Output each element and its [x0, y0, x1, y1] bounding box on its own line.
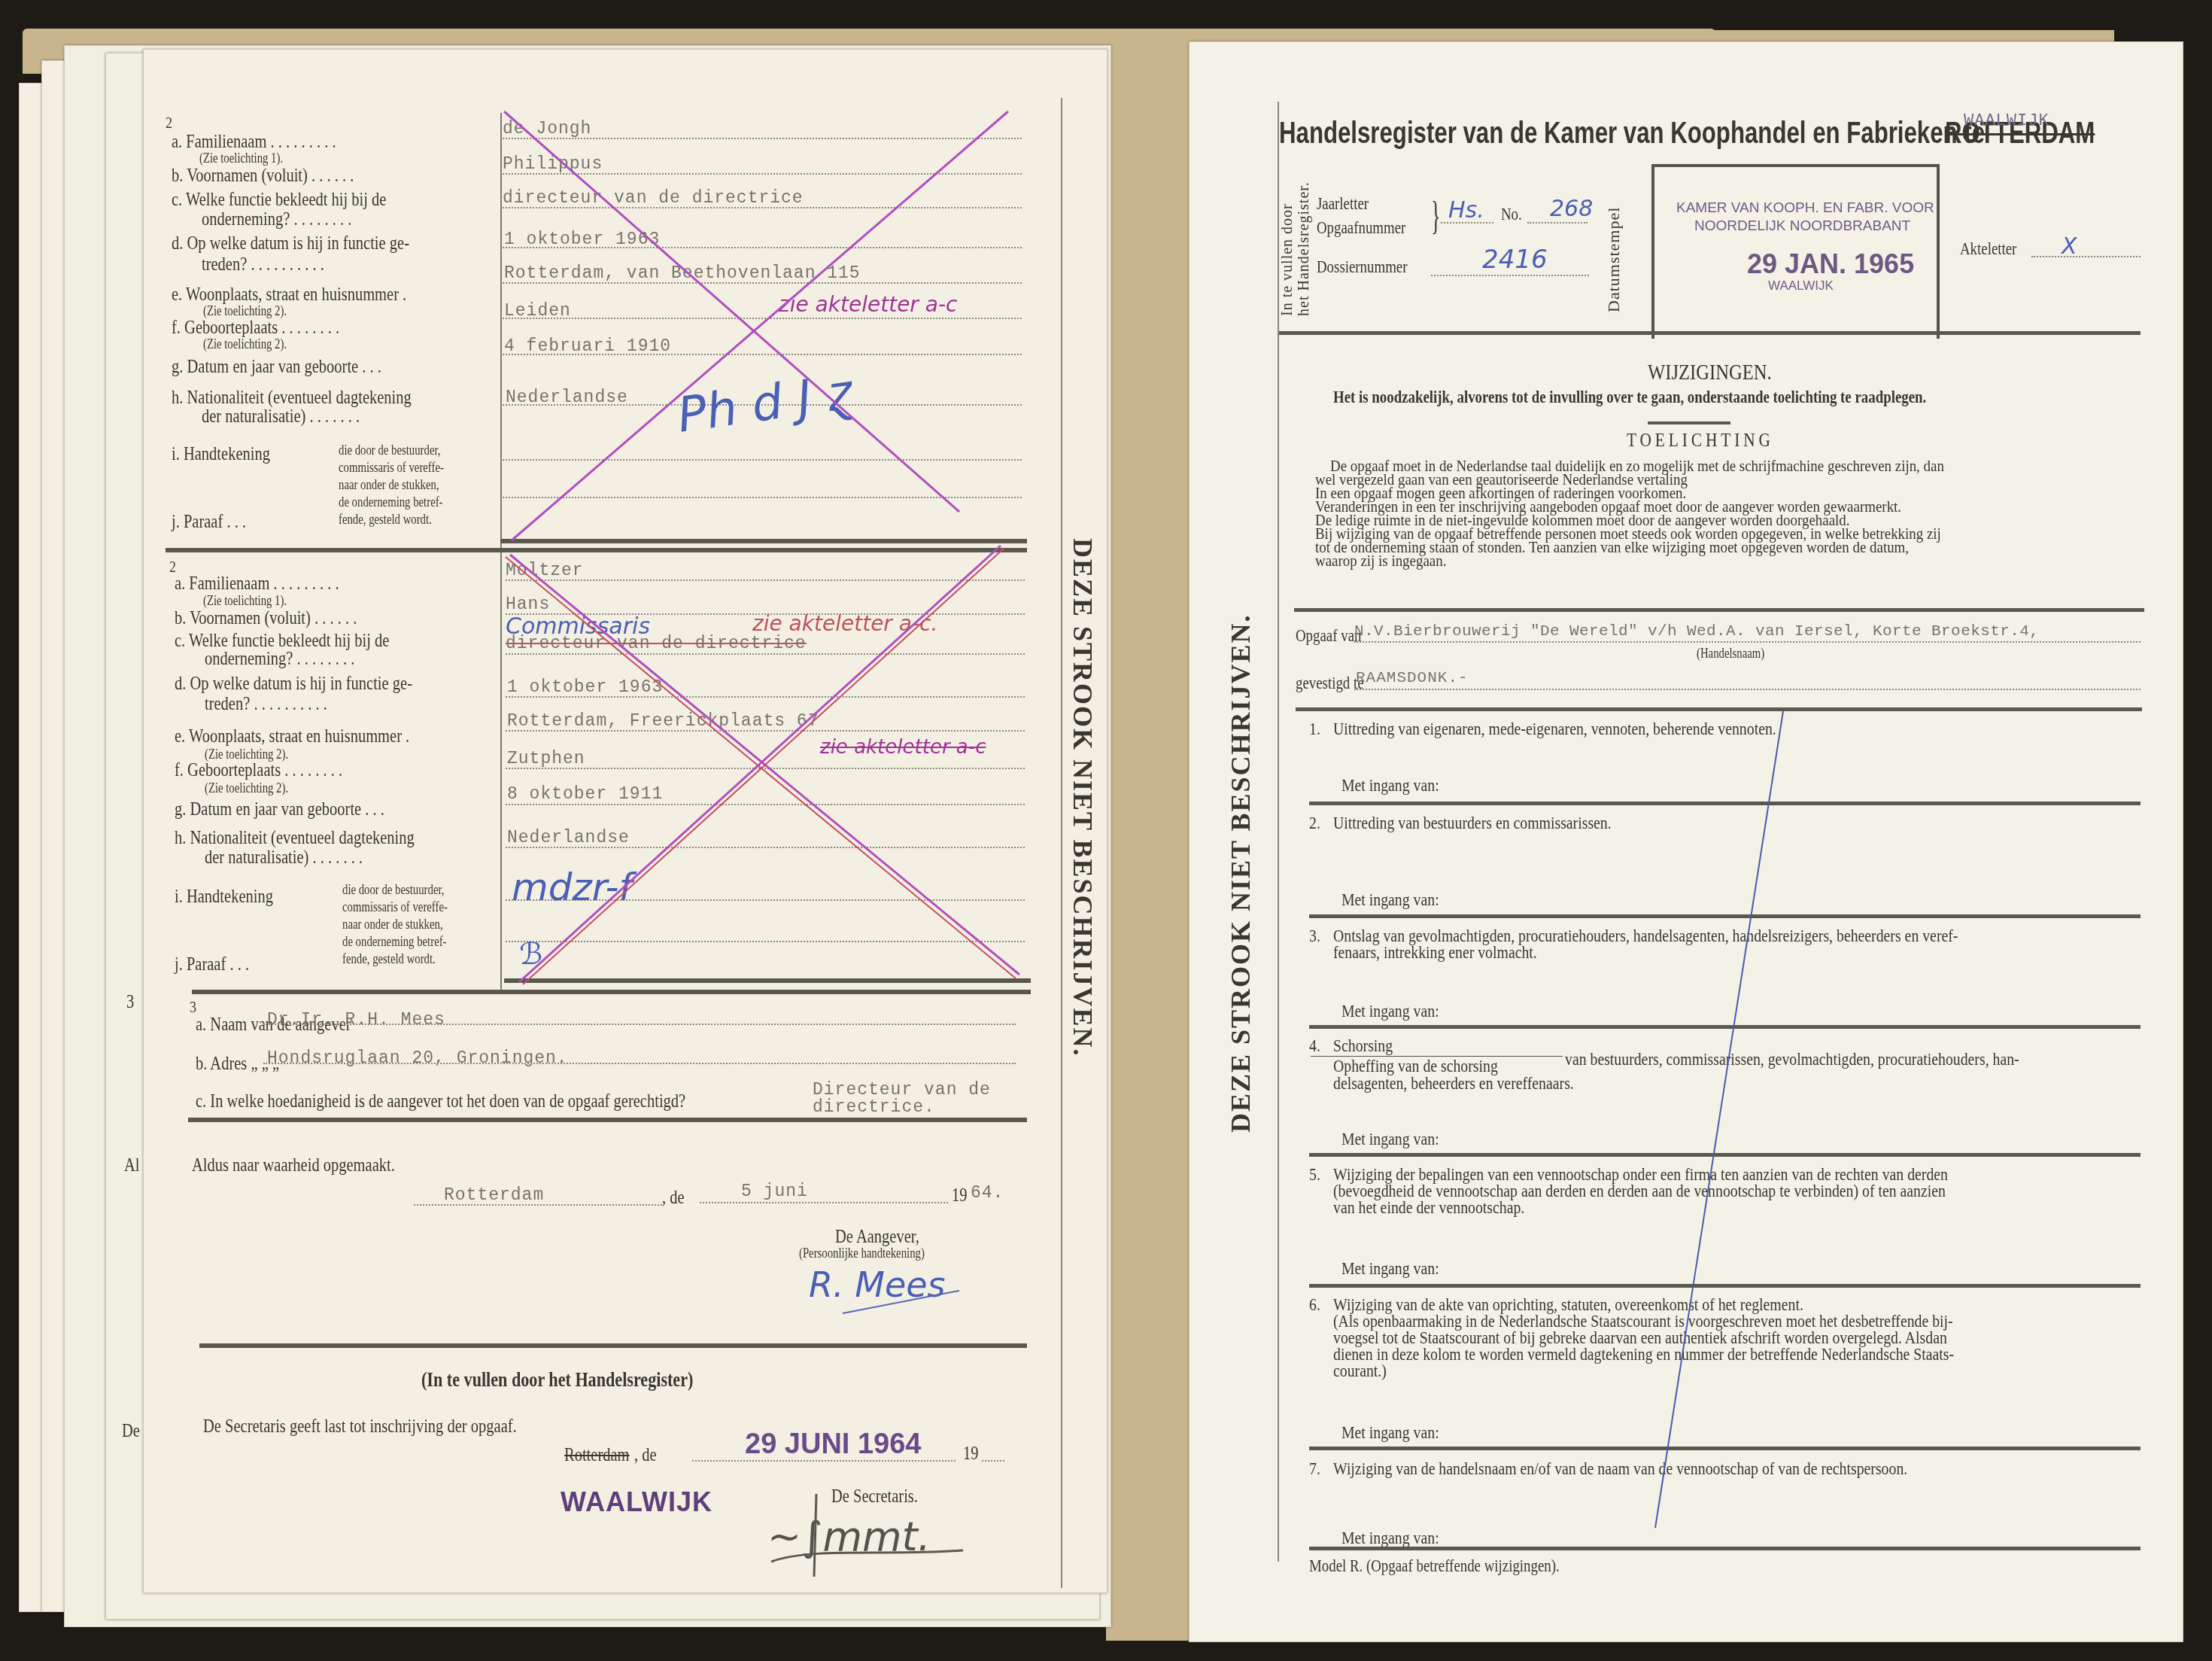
stamp-place: WAALWIJK: [1768, 278, 1834, 294]
dotted-line: [700, 1202, 948, 1203]
footer-model: Model R. (Opgaaf betreffende wijzigingen…: [1309, 1556, 1560, 1576]
label-functie: c. Welke functie bekleedt hij bij de: [172, 190, 386, 211]
label-datum-functie-2: treden? . . . . . . . . . .: [205, 694, 327, 715]
right-page-left-border: [1278, 102, 1279, 1562]
value-datum-functie: 1 oktober 1963: [507, 677, 663, 697]
strip-no-write-left: DEZE STROOK NIET BESCHRIJVEN.: [1067, 538, 1098, 1057]
section-divider: [504, 978, 1031, 983]
value-naam-aangever: Dr.Ir. R.H. Mees: [267, 1010, 445, 1030]
signature-secretaris: ~∫mmt.: [767, 1513, 931, 1560]
signature-note-line: de onderneming betref-: [339, 494, 443, 510]
label-note: (Zie toelichting 2).: [203, 336, 287, 352]
signature-note-line: die door de bestuurder,: [339, 443, 440, 458]
label-de: , de: [634, 1445, 657, 1466]
label-nationaliteit: h. Nationaliteit (eventueel dagtekening: [172, 388, 412, 409]
label-functie-2: onderneming? . . . . . . . .: [205, 649, 354, 670]
section-divider: [500, 539, 1027, 543]
value-akteletter: X: [2062, 233, 2077, 260]
label-datum-functie: d. Op welke datum is hij in functie ge-: [172, 233, 409, 254]
handelsregister-heading: (In te vullen door het Handelsregister): [421, 1368, 693, 1392]
dotted-line: [506, 804, 1025, 805]
item-number: 2.: [1309, 813, 1320, 834]
item-divider: [1309, 914, 2141, 918]
stamp-date-29-jan-1965: 29 JAN. 1965: [1747, 248, 1914, 280]
dotted-line: [503, 207, 1022, 208]
section-divider: [1296, 707, 2142, 711]
label-geboortedatum: g. Datum en jaar van geboorte . . .: [175, 799, 384, 820]
value-voornamen: Philippus: [503, 154, 603, 174]
dotted-line: [1354, 641, 2141, 643]
label-opgaafnummer: Opgaafnummer: [1317, 218, 1405, 238]
label-paraaf: j. Paraaf . . .: [175, 954, 249, 975]
dotted-line: [503, 354, 1022, 355]
dotted-line: [506, 768, 1025, 769]
left-page-right-border: [1061, 98, 1062, 1588]
item-text-line: Uittreding van bestuurders en commissari…: [1333, 813, 1612, 834]
met-ingang-van-label: Met ingang van:: [1341, 1258, 1439, 1279]
item-text-line: Uittreding van eigenaren, mede-eigenaren…: [1333, 719, 1776, 740]
item-divider: [1309, 1153, 2141, 1157]
stamp-date-29-juni-1964: 29 JUNI 1964: [745, 1428, 922, 1461]
label-note: (Zie toelichting 2).: [203, 303, 287, 319]
year-prefix: 19: [952, 1185, 968, 1206]
label-paraaf: j. Paraaf . . .: [172, 512, 246, 533]
dotted-line: [503, 173, 1022, 175]
handelsnaam-note: (Handelsnaam): [1697, 646, 1764, 662]
stamp-line-2: NOORDELIJK NOORDBRABANT: [1694, 218, 1910, 235]
item-number: 1.: [1309, 719, 1320, 740]
item-divider: [1309, 1284, 2141, 1288]
label-nationaliteit-2: der naturalisatie) . . . . . . .: [205, 847, 363, 869]
value-familienaam: Moltzer: [506, 561, 584, 580]
dotted-line: [506, 847, 1025, 848]
item-divider: [1309, 1547, 2141, 1550]
value-gevestigd-te: RAAMSDONK.-: [1356, 670, 1469, 687]
section-divider: [166, 548, 1027, 552]
item-text-line: van bestuurders, commissarissen, gevolma…: [1565, 1049, 2019, 1070]
value-adres: Hondsruglaan 20, Groningen.: [267, 1048, 568, 1068]
item-number: 4.: [1309, 1036, 1320, 1057]
value-dossiernummer: 2416: [1482, 245, 1548, 275]
signature-note-line: naar onder de stukken,: [339, 477, 439, 493]
label-gevestigd-te: gevestigd te: [1296, 674, 1364, 693]
met-ingang-van-label: Met ingang van:: [1341, 1001, 1439, 1022]
value-functie-struck: directeur van de directrice: [506, 634, 807, 653]
item-text-line: fenaars, intrekking ener volmacht.: [1333, 942, 1537, 963]
value-nationaliteit: Nederlandse: [507, 828, 630, 847]
page-title: Handelsregister van de Kamer van Koophan…: [1279, 117, 1985, 151]
annotation-zie-akteletter: zie akteletter a-c: [779, 292, 957, 317]
item-divider: [1309, 802, 2141, 805]
item-divider: [1309, 1025, 2141, 1029]
value-date: 5 juni: [741, 1182, 808, 1201]
header-divider: [1279, 331, 2141, 335]
signature-note-line: commissaris of vereffe-: [339, 460, 444, 476]
place-struck: Rotterdam: [564, 1445, 630, 1466]
dotted-line: [1431, 275, 1589, 276]
met-ingang-van-label: Met ingang van:: [1341, 1129, 1439, 1150]
met-ingang-van-label: Met ingang van:: [1341, 1528, 1439, 1549]
dotted-line: [506, 580, 1025, 581]
side-note-line: In te vullen door: [1279, 203, 1296, 316]
label-voornamen: b. Voornamen (voluit) . . . . . .: [175, 608, 357, 629]
label-familienaam: a. Familienaam . . . . . . . . .: [175, 573, 339, 595]
label-note: (Zie toelichting 1).: [199, 151, 283, 166]
dotted-line: [982, 1460, 1004, 1462]
label-de: , de: [662, 1188, 685, 1209]
brace: }: [1431, 194, 1440, 239]
value-hoedanigheid-2: directrice.: [813, 1097, 935, 1117]
underlying-sheet-letter: 3: [126, 992, 134, 1013]
toelichting-line: waarop zij is ingegaan.: [1315, 552, 1446, 569]
short-divider: [1648, 421, 1730, 424]
strip-no-write-right: DEZE STROOK NIET BESCHRIJVEN.: [1225, 613, 1256, 1133]
label-nationaliteit-2: der naturalisatie) . . . . . . .: [202, 406, 360, 427]
dotted-line: [503, 459, 1022, 461]
value-woonplaats: Rotterdam, van Beethovenlaan 115: [504, 263, 861, 283]
value-voornamen: Hans: [506, 595, 550, 614]
value-year: 64.: [971, 1183, 1004, 1203]
label-datum-functie-2: treden? . . . . . . . . . .: [202, 254, 324, 275]
paraaf-moltzer: ℬ: [519, 937, 542, 972]
dotted-line: [506, 653, 1025, 655]
year-prefix: 19: [963, 1443, 979, 1465]
label-functie-2: onderneming? . . . . . . . .: [202, 209, 351, 230]
label-datum-functie: d. Op welke datum is hij in functie ge-: [175, 674, 412, 695]
label-geboortedatum: g. Datum en jaar van geboorte . . .: [172, 357, 381, 378]
signature-note-line: naar onder de stukken,: [342, 917, 443, 932]
label-handtekening: i. Handtekening: [172, 444, 270, 465]
dotted-line: [503, 497, 1022, 498]
item-text-line: delsagenten, beheerders en vereffenaars.: [1333, 1073, 1574, 1094]
dotted-line: [1354, 689, 2141, 690]
label-note: (Zie toelichting 2).: [205, 780, 288, 796]
label-voornamen: b. Voornamen (voluit) . . . . . .: [172, 166, 354, 187]
value-geboortedatum: 8 oktober 1911: [507, 784, 663, 804]
item-text-line: courant.): [1333, 1361, 1387, 1382]
label-hoedanigheid: c. In welke hoedanigheid is de aangever …: [196, 1091, 685, 1112]
label-de-secretaris: De Secretaris.: [831, 1486, 918, 1507]
dotted-line: [503, 318, 1022, 319]
value-functie: directeur van de directrice: [503, 188, 804, 208]
signature-note-line: fende, gesteld wordt.: [342, 951, 436, 967]
met-ingang-van-label: Met ingang van:: [1341, 1422, 1439, 1443]
notice-text: Het is noodzakelijk, alvorens tot de inv…: [1333, 388, 1926, 407]
aldus-text: Aldus naar waarheid opgemaakt.: [192, 1155, 395, 1176]
section-divider: [192, 990, 1031, 994]
item-number: 6.: [1309, 1294, 1320, 1316]
schorsing-fraction-line: [1311, 1056, 1563, 1057]
signature-moltzer: mdzr-f: [512, 865, 632, 909]
section-divider: [199, 1343, 1027, 1348]
dotted-line: [506, 730, 1025, 732]
dotted-line: [506, 941, 1025, 942]
value-handelsnaam: N.V.Bierbrouwerij "De Wereld" v/h Wed.A.…: [1354, 623, 2039, 640]
title-city-typed: WAALWIJK: [1964, 111, 2049, 130]
underlying-sheet-letter: De: [122, 1421, 140, 1442]
label-no: No.: [1501, 205, 1522, 224]
dotted-line: [503, 138, 1022, 139]
item-text-line: van het einde der vennootschap.: [1333, 1197, 1524, 1218]
item-divider: [1309, 1447, 2141, 1450]
label-woonplaats: e. Woonplaats, straat en huisnummer .: [175, 726, 409, 747]
item-number: 7.: [1309, 1459, 1320, 1480]
item-text-line: Schorsing: [1333, 1036, 1393, 1057]
item-number: 5.: [1309, 1164, 1320, 1185]
label-datumstempel: Datumstempel: [1604, 207, 1624, 312]
label-geboorteplaats: f. Geboorteplaats . . . . . . . .: [175, 760, 342, 781]
underlying-sheet-letter: Al: [124, 1155, 140, 1176]
value-woonplaats: Rotterdam, Freerickplaats 67: [507, 711, 819, 731]
dotted-line: [2031, 256, 2141, 257]
label-akteletter: Akteletter: [1960, 239, 2016, 259]
dotted-line: [506, 696, 1025, 698]
section-divider: [188, 1118, 1027, 1122]
signature-note-line: commissaris of vereffe-: [342, 899, 448, 915]
label-familienaam: a. Familienaam . . . . . . . . .: [172, 132, 336, 153]
label-de-aangever: De Aangever,: [835, 1227, 919, 1248]
value-familienaam: de Jongh: [503, 119, 591, 138]
item-text-line: dienen in deze kolom te worden vermeld d…: [1333, 1344, 1954, 1365]
section-number: 2: [166, 113, 172, 132]
dotted-line: [414, 1204, 662, 1206]
value-geboorteplaats: Zutphen: [507, 749, 585, 768]
dotted-line: [503, 282, 1022, 284]
label-handtekening: i. Handtekening: [175, 887, 273, 908]
secretaris-text: De Secretaris geeft last tot inschrijvin…: [203, 1416, 517, 1437]
dotted-line: [263, 1024, 1016, 1025]
heading-toelichting: TOELICHTING: [1627, 429, 1774, 452]
heading-wijzigingen: WIJZIGINGEN.: [1648, 360, 1772, 385]
value-opgaafnummer: 268: [1550, 196, 1593, 222]
section-divider: [1294, 608, 2144, 612]
signature-note-line: de onderneming betref-: [342, 934, 447, 950]
label-aangever-note: (Persoonlijke handtekening): [799, 1246, 925, 1261]
annotation-zie-akteletter-red: zie akteletter a-c.: [752, 611, 937, 636]
met-ingang-van-label: Met ingang van:: [1341, 775, 1439, 796]
label-woonplaats: e. Woonplaats, straat en huisnummer .: [172, 284, 406, 306]
dotted-line: [503, 247, 1022, 248]
item-text-line: Wijziging van de handelsnaam en/of van d…: [1333, 1459, 1907, 1480]
label-jaarletter: Jaarletter: [1317, 194, 1369, 214]
value-place: Rotterdam: [444, 1185, 544, 1205]
label-nationaliteit: h. Nationaliteit (eventueel dagtekening: [175, 828, 415, 849]
stamp-waalwijk: WAALWIJK: [561, 1486, 713, 1518]
side-note-line: het Handelsregister.: [1296, 181, 1313, 316]
label-opgaaf-van: Opgaaf van: [1296, 626, 1361, 646]
met-ingang-van-label: Met ingang van:: [1341, 890, 1439, 911]
dotted-line: [263, 1063, 1016, 1064]
dotted-line: [692, 1460, 956, 1462]
annotation-zie-akteletter-struck: zie akteletter a-c: [820, 736, 986, 759]
dotted-line: [1527, 222, 1588, 224]
value-jaarletter: Hs.: [1448, 197, 1484, 224]
signature-note-line: die door de bestuurder,: [342, 882, 444, 898]
signature-note-line: fende, gesteld wordt.: [339, 512, 432, 528]
label-geboorteplaats: f. Geboorteplaats . . . . . . . .: [172, 318, 339, 339]
label-note: (Zie toelichting 1).: [203, 593, 287, 609]
stamp-line-1: KAMER VAN KOOPH. EN FABR. VOOR: [1676, 200, 1934, 217]
signature-aangever: R. Mees: [809, 1264, 945, 1305]
item-number: 3.: [1309, 926, 1320, 947]
label-dossiernummer: Dossiernummer: [1317, 257, 1407, 277]
